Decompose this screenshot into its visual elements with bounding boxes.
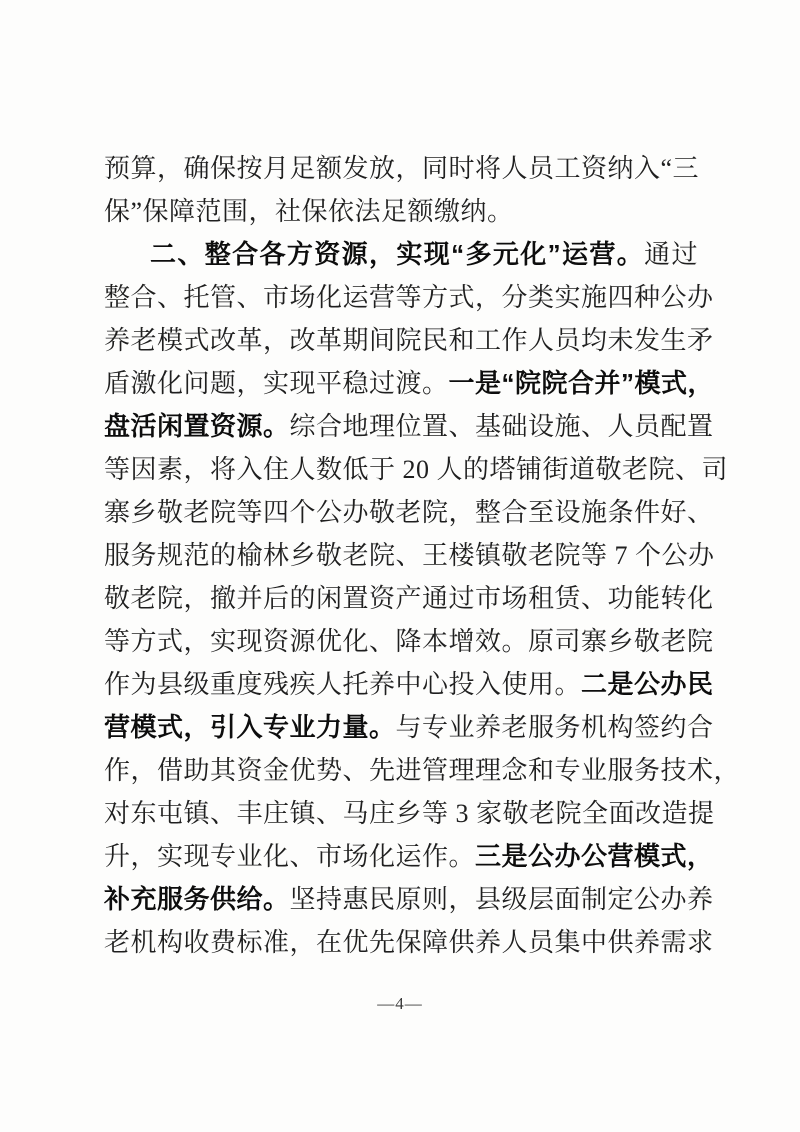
emphasis-text: 二、整合各方资源，实现“多元化”运营。 [150, 239, 644, 269]
text-line: 营模式，引入专业力量。与专业养老服务机构签约合 [104, 706, 698, 749]
body-text: 对东屯镇、丰庄镇、马庄乡等 3 家敬老院全面改造提 [104, 799, 715, 828]
text-line: 盾激化问题，实现平稳过渡。一是“院院合并”模式， [104, 362, 698, 405]
emphasis-text: 三是公办公营模式， [475, 841, 714, 871]
body-text: 等因素，将入住人数低于 20 人的塔铺街道敬老院、司 [104, 455, 728, 484]
text-line: 服务规范的榆林乡敬老院、王楼镇敬老院等 7 个公办 [104, 534, 698, 577]
emphasis-text: 二是公办民 [581, 669, 714, 699]
text-line: 等方式，实现资源优化、降本增效。原司寨乡敬老院 [104, 620, 698, 663]
body-text: 老机构收费标准，在优先保障供养人员集中供养需求 [104, 928, 714, 957]
text-line: 补充服务供给。坚持惠民原则，县级层面制定公办养 [104, 878, 698, 921]
text-line: 作为县级重度残疾人托养中心投入使用。二是公办民 [104, 663, 698, 706]
body-text: 敬老院，撤并后的闲置资产通过市场租赁、功能转化 [104, 584, 714, 613]
text-line: 整合、托管、市场化运营等方式，分类实施四种公办 [104, 276, 698, 319]
body-text: 综合地理位置、基础设施、人员配置 [290, 412, 714, 441]
body-text: 作，借助其资金优势、先进管理理念和专业服务技术， [104, 756, 740, 785]
body-text: 养老模式改革，改革期间院民和工作人员均未发生矛 [104, 326, 714, 355]
text-line: 寨乡敬老院等四个公办敬老院，整合至设施条件好、 [104, 491, 698, 534]
body-text: 预算，确保按月足额发放，同时将人员工资纳入“三 [104, 154, 699, 183]
emphasis-text: 营模式，引入专业力量。 [104, 712, 396, 742]
body-text: 盾激化问题，实现平稳过渡。 [104, 369, 449, 398]
body-text: 通过 [644, 240, 698, 269]
body-text: 坚持惠民原则，县级层面制定公办养 [290, 885, 714, 914]
text-line: 升，实现专业化、市场化运作。三是公办公营模式， [104, 835, 698, 878]
emphasis-text: 一是“院院合并”模式， [449, 368, 715, 398]
body-text: 作为县级重度残疾人托养中心投入使用。 [104, 670, 581, 699]
text-line: 养老模式改革，改革期间院民和工作人员均未发生矛 [104, 319, 698, 362]
body-text: 升，实现专业化、市场化运作。 [104, 842, 475, 871]
text-line: 预算，确保按月足额发放，同时将人员工资纳入“三 [104, 147, 698, 190]
text-line: 二、整合各方资源，实现“多元化”运营。通过 [104, 233, 698, 276]
text-line: 对东屯镇、丰庄镇、马庄乡等 3 家敬老院全面改造提 [104, 792, 698, 835]
text-line: 保”保障范围，社保依法足额缴纳。 [104, 190, 698, 233]
text-line: 盘活闲置资源。综合地理位置、基础设施、人员配置 [104, 405, 698, 448]
text-line: 等因素，将入住人数低于 20 人的塔铺街道敬老院、司 [104, 448, 698, 491]
body-text: 寨乡敬老院等四个公办敬老院，整合至设施条件好、 [104, 498, 714, 527]
body-text: 整合、托管、市场化运营等方式，分类实施四种公办 [104, 283, 714, 312]
body-text: 保”保障范围，社保依法足额缴纳。 [104, 197, 514, 226]
text-line: 作，借助其资金优势、先进管理理念和专业服务技术， [104, 749, 698, 792]
text-line: 老机构收费标准，在优先保障供养人员集中供养需求 [104, 921, 698, 964]
emphasis-text: 补充服务供给。 [104, 884, 290, 914]
body-text: 服务规范的榆林乡敬老院、王楼镇敬老院等 7 个公办 [104, 541, 715, 570]
body-text: 等方式，实现资源优化、降本增效。原司寨乡敬老院 [104, 627, 714, 656]
document-page: 预算，确保按月足额发放，同时将人员工资纳入“三保”保障范围，社保依法足额缴纳。二… [0, 0, 800, 1132]
text-block: 预算，确保按月足额发放，同时将人员工资纳入“三保”保障范围，社保依法足额缴纳。二… [104, 147, 698, 964]
text-line: 敬老院，撤并后的闲置资产通过市场租赁、功能转化 [104, 577, 698, 620]
page-number: —4— [0, 994, 800, 1014]
body-text: 与专业养老服务机构签约合 [396, 713, 714, 742]
emphasis-text: 盘活闲置资源。 [104, 411, 290, 441]
